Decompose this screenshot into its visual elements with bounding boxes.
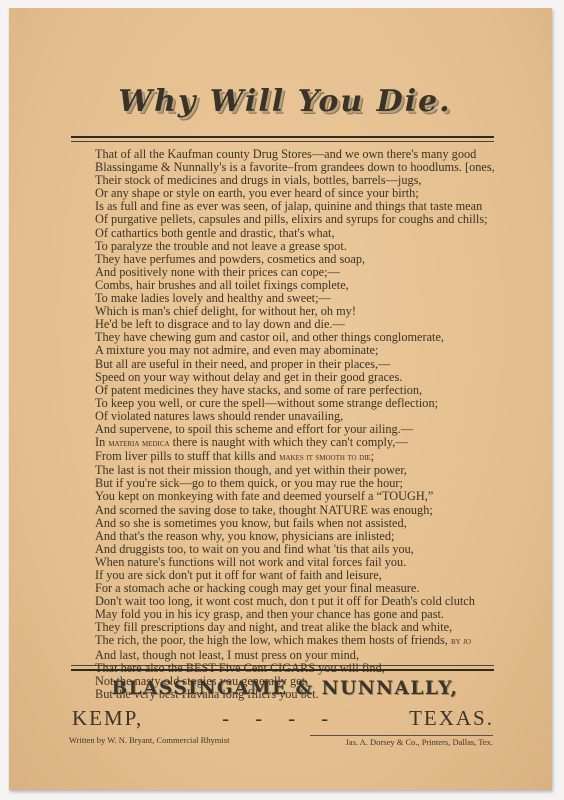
poem-line: Of patent medicines they have stacks, an… (95, 384, 515, 397)
footer-rule-thin (71, 665, 494, 666)
title-word: Die. (377, 84, 452, 119)
poem-line: To paralyze the trouble and not leave a … (95, 240, 515, 253)
city: KEMP, (72, 706, 143, 731)
poem-line: And last, though not least, I must press… (95, 649, 515, 662)
location-line: KEMP, - - - - TEXAS. (72, 706, 494, 731)
title-word: Will (210, 84, 285, 119)
state: TEXAS. (409, 706, 494, 731)
title-word: You (298, 84, 365, 119)
poem-line: And positively none with their prices ca… (95, 266, 515, 279)
page-title: Why Will You Die. (70, 84, 500, 119)
header-rule-thin (71, 141, 494, 142)
poem-line: In materia medica there is naught with w… (95, 436, 515, 450)
poem-line: They have perfumes and powders, cosmetic… (95, 253, 515, 266)
poem-line: The rich, the poor, the high the low, wh… (95, 634, 515, 648)
header-rule-thick (71, 136, 494, 138)
poem-line: You kept on monkeying with fate and deem… (95, 490, 515, 503)
poem-body: That of all the Kaufman county Drug Stor… (95, 148, 515, 701)
firm-name: BLASSINGAME & NUNNALLY, (70, 678, 500, 699)
poem-line: Of violated natures laws should render u… (95, 410, 515, 423)
poem-line: And druggists too, to wait on you and fi… (95, 543, 515, 556)
poem-line: To keep you well, or cure the spell—with… (95, 397, 515, 410)
poem-line: And scorned the saving dose to take, tho… (95, 504, 515, 517)
poem-line: Speed on your way without delay and get … (95, 371, 515, 384)
poem-line: Of cathartics both gentle and drastic, t… (95, 227, 515, 240)
poem-line: And that's the reason why, you know, phy… (95, 530, 515, 543)
title-word: Why (118, 84, 197, 119)
author-credit: Written by W. N. Bryant, Commercial Rhym… (69, 735, 229, 745)
poem-line: Of purgative pellets, capsules and pills… (95, 213, 515, 226)
poem-line: From liver pills to stuff that kills and… (95, 450, 515, 464)
poem-line: A mixture you may not admire, and even m… (95, 344, 515, 357)
footer-rule-thick (71, 669, 494, 671)
poem-line: But all are useful in their need, and pr… (95, 358, 515, 371)
dash-leaders: - - - - (222, 706, 330, 731)
poem-line: And so she is sometimes you know, but fa… (95, 517, 515, 530)
printer-credit: Jas. A. Dorsey & Co., Printers, Dallas, … (310, 735, 493, 747)
